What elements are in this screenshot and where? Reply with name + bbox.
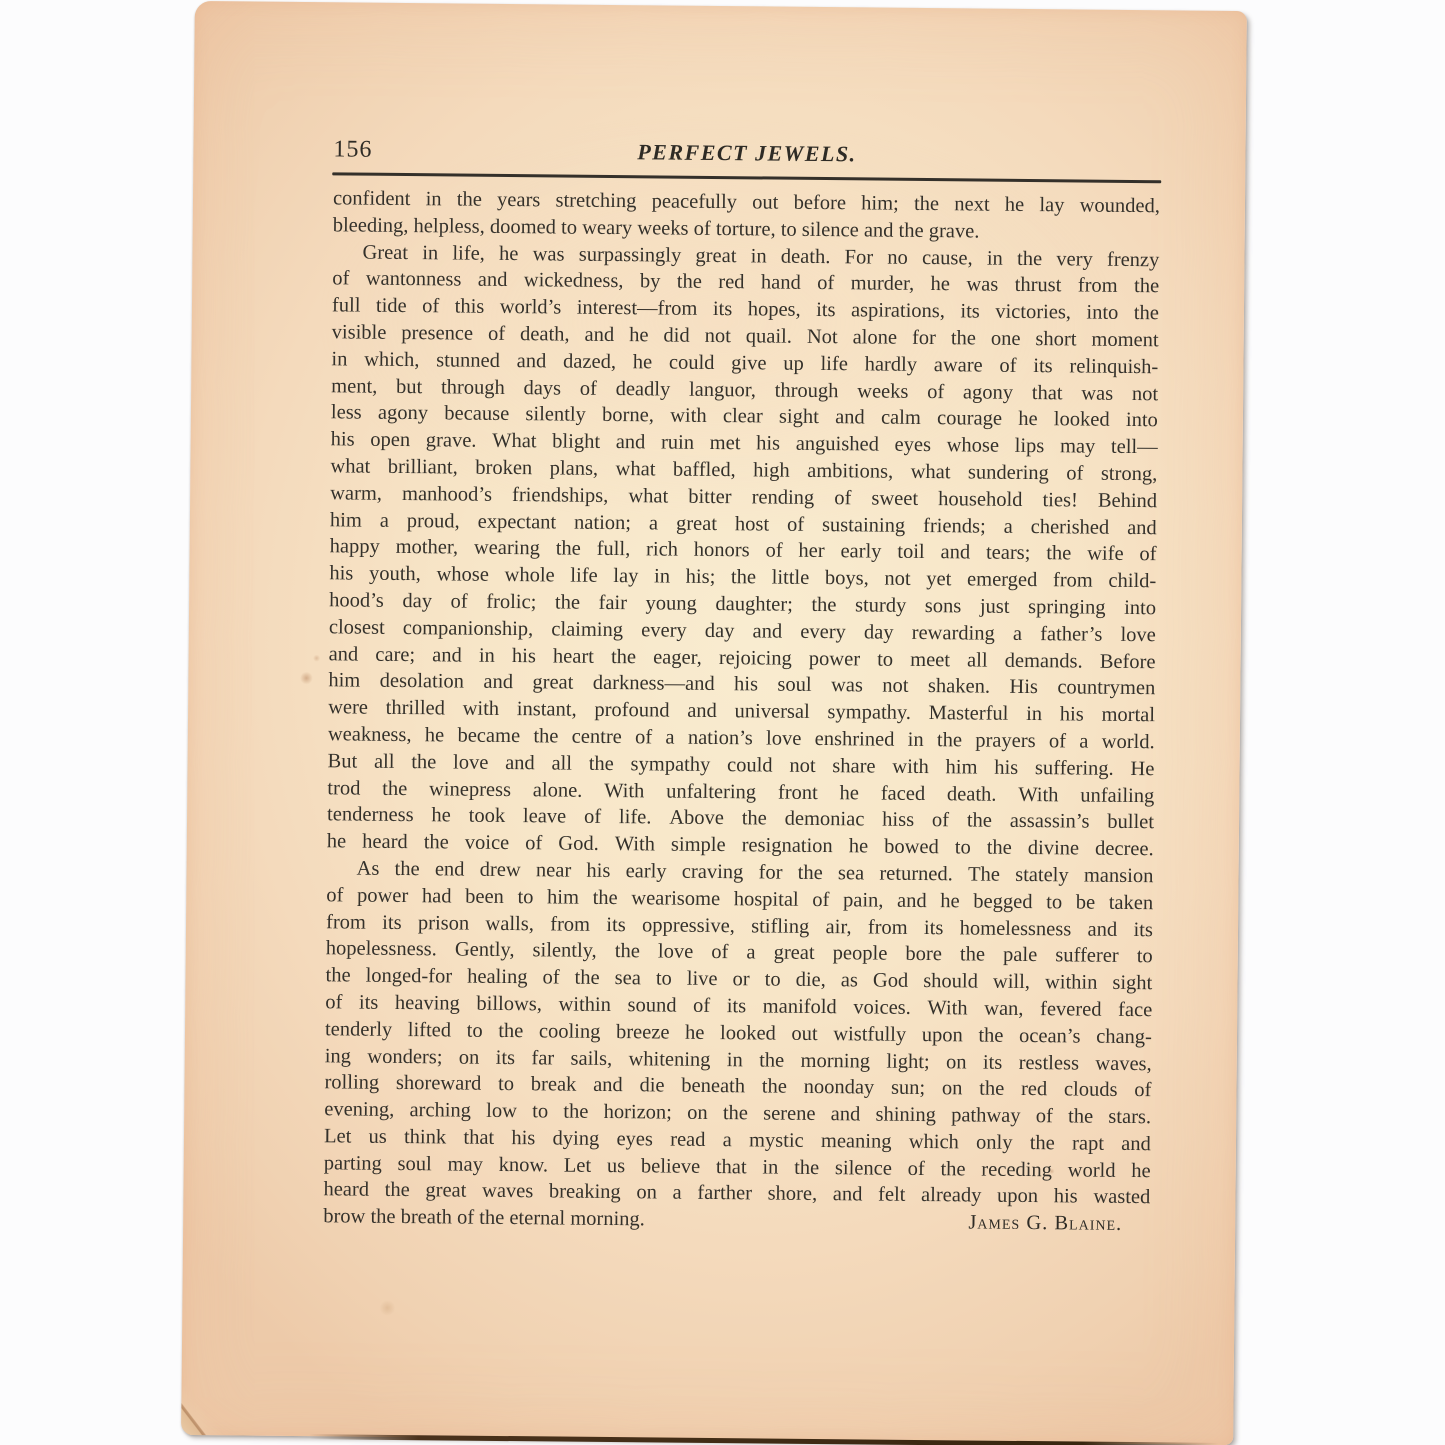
scanned-page-photo: 156 PERFECT JEWELS. confidentintheyearss…: [0, 0, 1445, 1445]
closing-text: brow the breath of the eternal morning.: [323, 1204, 645, 1234]
paragraph: confidentintheyearsstretchingpeacefullyo…: [333, 185, 1160, 247]
book-page: 156 PERFECT JEWELS. confidentintheyearss…: [181, 1, 1247, 1445]
page-bottom-edge: [309, 1434, 1219, 1445]
running-title: PERFECT JEWELS.: [333, 136, 1160, 170]
body-text: confidentintheyearsstretchingpeacefullyo…: [323, 185, 1160, 1238]
corner-fold: [181, 1357, 302, 1436]
header-rule: [332, 172, 1161, 183]
paragraph: Greatinlife,hewassurpassinglygreatindeat…: [327, 239, 1160, 863]
page-header: 156 PERFECT JEWELS.: [333, 134, 1160, 174]
signature: James G. Blaine.: [968, 1210, 1122, 1238]
paragraph: Astheenddrewnearhisearlycravingforthesea…: [323, 855, 1153, 1211]
